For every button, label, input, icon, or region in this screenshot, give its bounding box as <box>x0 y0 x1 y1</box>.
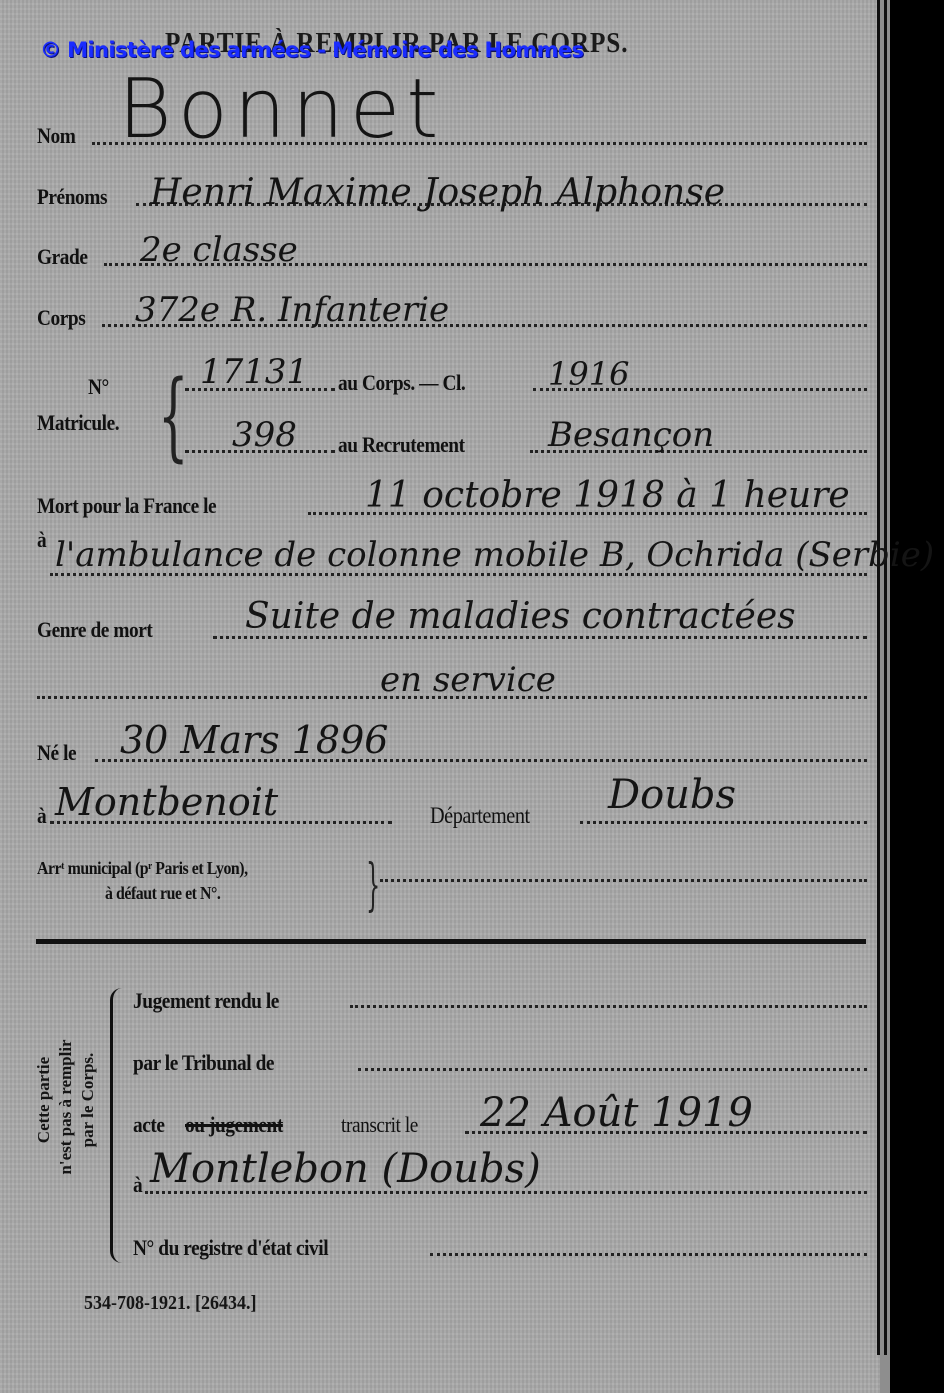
matricule-label-n: N° <box>88 374 109 400</box>
section-divider <box>36 939 866 944</box>
ne-le-label: Né le <box>37 740 76 766</box>
prenoms-label: Prénoms <box>37 184 107 210</box>
matricule-corps-suffix: au Corps. — Cl. <box>338 370 465 396</box>
acte-label: acte <box>133 1112 165 1138</box>
side-note-line-2: n'est pas à remplir <box>55 992 76 1222</box>
departement-line <box>580 821 867 824</box>
civil-section-brace <box>110 988 123 1263</box>
jugement-label: Jugement rendu le <box>133 988 279 1014</box>
nom-value: Bonnet <box>118 62 444 157</box>
ne-le-value: 30 Mars 1896 <box>120 718 388 762</box>
jugement-line <box>350 1005 867 1008</box>
matricule-corps-number: 17131 <box>200 352 308 392</box>
grade-value: 2e classe <box>140 230 298 270</box>
nom-label: Nom <box>37 123 75 149</box>
border-line <box>884 0 887 1355</box>
grade-label: Grade <box>37 244 88 270</box>
registre-line <box>430 1253 867 1256</box>
naissance-lieu-prefix: à <box>37 803 46 829</box>
departement-value: Doubs <box>608 772 736 818</box>
genre-mort-value-2: en service <box>380 660 556 700</box>
side-note-line-3: par le Corps. <box>77 1015 98 1185</box>
side-note-line-1: Cette partie <box>33 1015 54 1185</box>
naissance-lieu-value: Montbenoit <box>55 780 278 824</box>
arrondissement-brace: } <box>366 853 380 918</box>
transcrit-label: transcrit le <box>341 1112 418 1138</box>
mort-label: Mort pour la France le <box>37 493 216 519</box>
genre-mort-value: Suite de maladies contractées <box>245 596 796 637</box>
copyright-watermark: © Ministère des armées - Mémoire des Hom… <box>40 38 583 62</box>
transcrit-value: 22 Août 1919 <box>480 1090 753 1136</box>
mort-lieu-value: l'ambulance de colonne mobile B, Ochrida… <box>55 535 934 575</box>
matricule-brace: { <box>158 360 189 472</box>
transcription-lieu-value: Montlebon (Doubs) <box>150 1146 541 1192</box>
classe-value: 1916 <box>548 355 629 393</box>
matricule-recrutement-number: 398 <box>232 415 297 455</box>
arrondissement-line <box>380 879 867 882</box>
matricule-label: Matricule. <box>37 410 119 436</box>
recrutement-value: Besançon <box>548 415 714 455</box>
mort-lieu-prefix: à <box>37 527 46 553</box>
corps-label: Corps <box>37 305 85 331</box>
arrondissement-label-2: à défaut rue et N°. <box>105 883 220 904</box>
border-line <box>877 0 880 1355</box>
registre-label: N° du registre d'état civil <box>133 1235 328 1261</box>
genre-mort-label: Genre de mort <box>37 617 152 643</box>
departement-label: Département <box>430 803 530 829</box>
corps-value: 372e R. Infanterie <box>135 290 449 330</box>
recrutement-label: au Recrutement <box>338 432 465 458</box>
tribunal-label: par le Tribunal de <box>133 1050 274 1076</box>
arrondissement-label-1: Arrᵗ municipal (pʳ Paris et Lyon), <box>37 858 248 879</box>
transcription-lieu-prefix: à <box>133 1172 142 1198</box>
print-reference: 534-708-1921. [26434.] <box>84 1292 256 1315</box>
prenoms-value: Henri Maxime Joseph Alphonse <box>150 172 725 213</box>
tribunal-line <box>358 1068 867 1071</box>
acte-struck-jugement: ou jugement <box>185 1112 283 1138</box>
mort-value: 11 octobre 1918 à 1 heure <box>365 475 850 516</box>
